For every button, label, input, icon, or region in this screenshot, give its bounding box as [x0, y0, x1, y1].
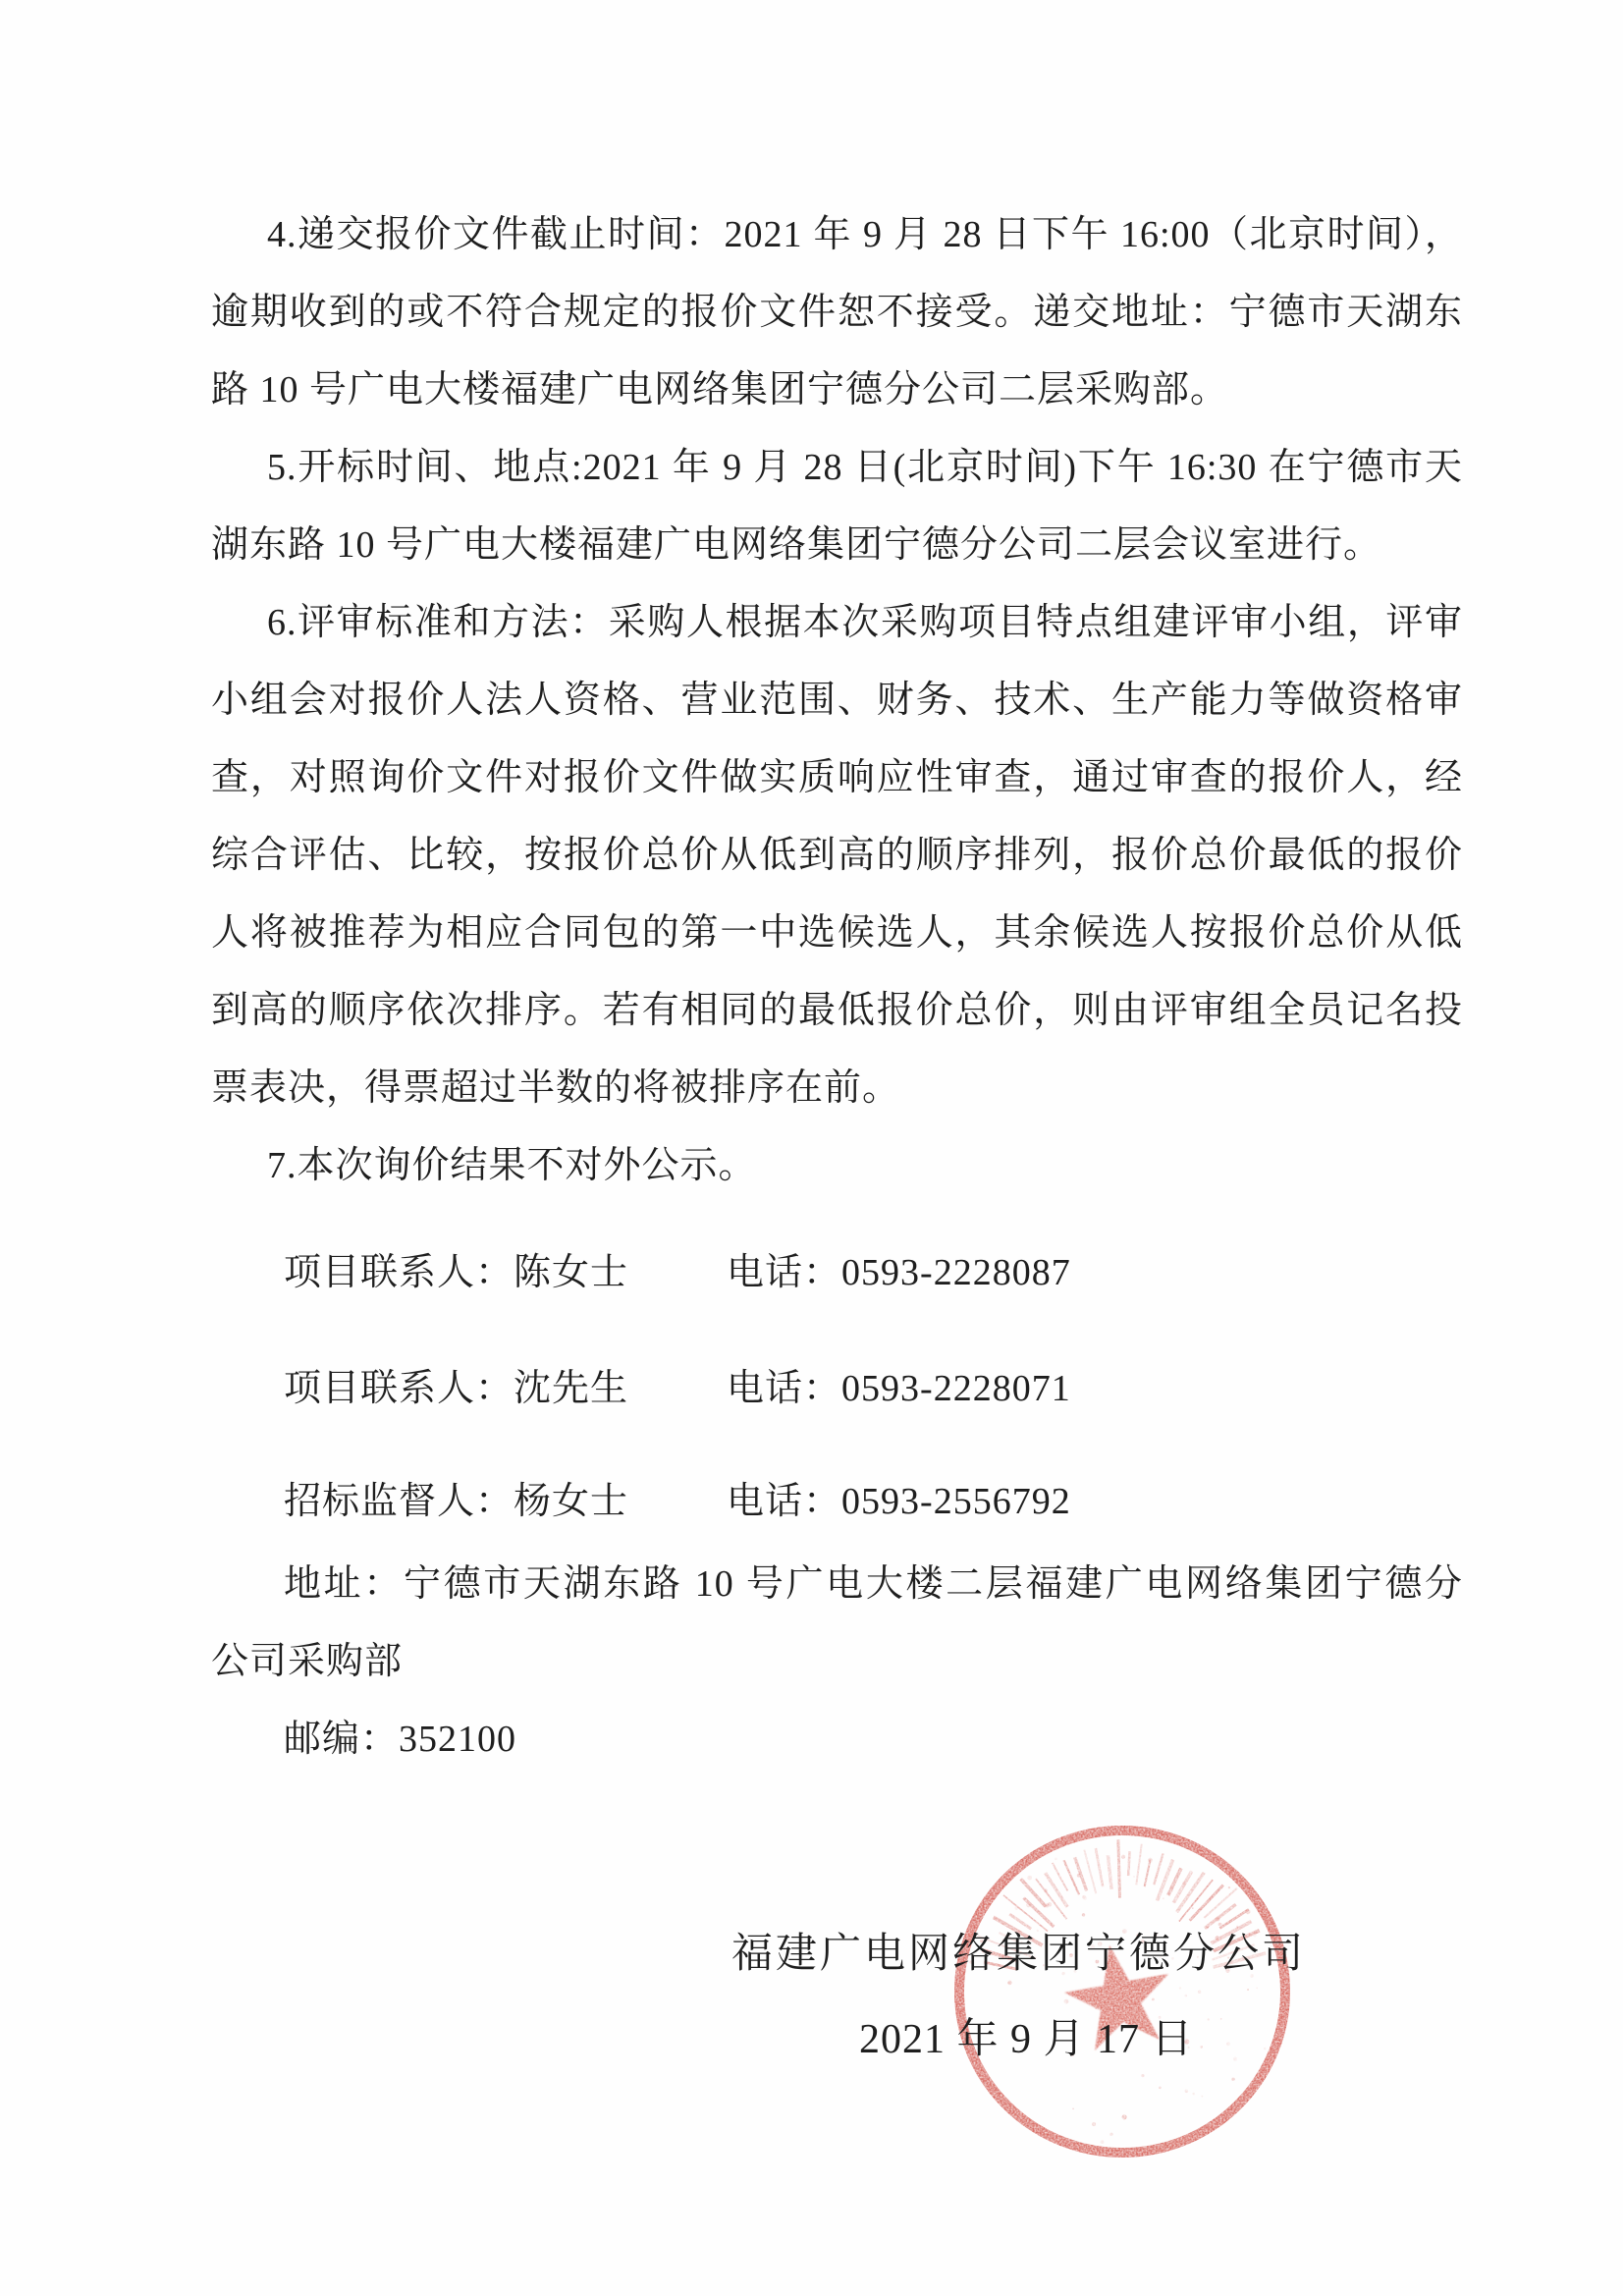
document-page: 4.递交报价文件截止时间：2021 年 9 月 28 日下午 16:00（北京时…: [0, 0, 1623, 2296]
contact-label: 招标监督人：: [284, 1481, 514, 1522]
contact-name: 沈先生: [514, 1368, 628, 1409]
phone-number: 0593-2556792: [841, 1481, 1071, 1522]
phone-label: 电话：: [727, 1368, 841, 1409]
paragraph-item-7: 7.本次询价结果不对外公示。: [211, 1127, 1463, 1205]
phone-label: 电话：: [727, 1252, 841, 1293]
contact-row-bid-supervisor: 招标监督人：杨女士电话：0593-2556792: [211, 1463, 1463, 1541]
contact-name: 陈女士: [514, 1252, 628, 1293]
contact-label: 项目联系人：: [284, 1252, 514, 1293]
contact-label: 项目联系人：: [284, 1368, 514, 1409]
contact-row-project-contact-1: 项目联系人：陈女士电话：0593-2228087: [211, 1234, 1463, 1312]
phone-number: 0593-2228087: [841, 1252, 1071, 1293]
contact-row-project-contact-2: 项目联系人：沈先生电话：0593-2228071: [211, 1350, 1463, 1428]
signature-company-name: 福建广电网络集团宁德分公司: [731, 1916, 1306, 1994]
phone-label: 电话：: [727, 1481, 841, 1522]
address-line: 公司采购部: [211, 1623, 1463, 1701]
contact-name: 杨女士: [514, 1481, 628, 1522]
phone-number: 0593-2228071: [841, 1368, 1071, 1409]
paragraph-item-6: 6.评审标准和方法：采购人根据本次采购项目特点组建评审小组，评审小组会对报价人法…: [211, 584, 1463, 1127]
signature-date: 2021 年 9 月 17 日: [859, 2001, 1194, 2079]
paragraph-item-4: 4.递交报价文件截止时间：2021 年 9 月 28 日下午 16:00（北京时…: [211, 196, 1463, 429]
document-body: 4.递交报价文件截止时间：2021 年 9 月 28 日下午 16:00（北京时…: [211, 196, 1463, 2296]
postal-code: 352100: [399, 1719, 516, 1760]
postal-code-line: 邮编：352100: [211, 1701, 1463, 1778]
postal-label: 邮编：: [284, 1719, 399, 1760]
address-line: 地址：宁德市天湖东路 10 号广电大楼二层福建广电网络集团宁德分: [211, 1546, 1463, 1623]
paragraph-item-5: 5.开标时间、地点:2021 年 9 月 28 日(北京时间)下午 16:30 …: [211, 429, 1463, 584]
